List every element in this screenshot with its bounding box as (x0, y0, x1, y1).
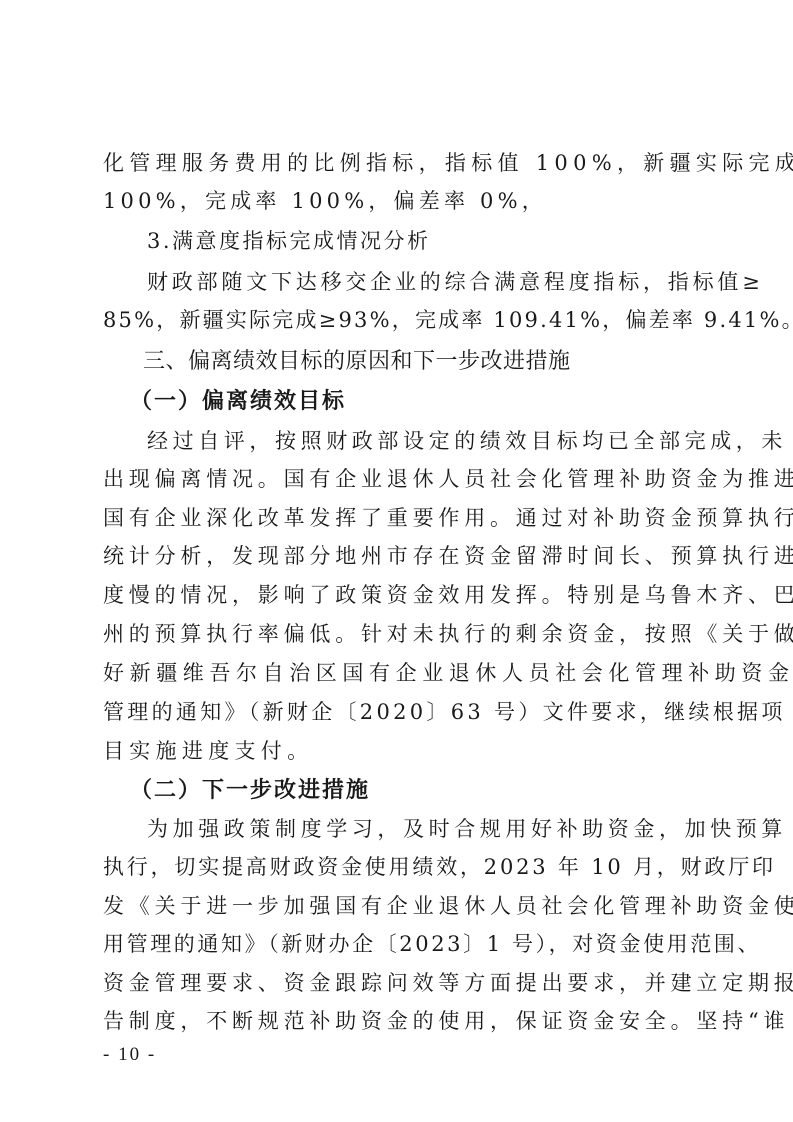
body-line: 85%，新疆实际完成≥93%，完成率 109.41%，偏差率 9.41%。 (103, 305, 693, 335)
body-line: 国有企业深化改革发挥了重要作用。通过对补助资金预算执行 (103, 503, 693, 533)
body-line: 统计分析，发现部分地州市存在资金留滞时间长、预算执行进 (103, 541, 693, 571)
body-line: 管理的通知》（新财企〔2020〕63 号）文件要求，继续根据项 (103, 697, 693, 727)
body-line: 财政部随文下达移交企业的综合满意程度指标，指标值≥ (147, 267, 737, 297)
body-line: 用管理的通知》（新财办企〔2023〕1 号），对资金使用范围、 (103, 929, 693, 959)
subsection-heading-1: （一）偏离绩效目标 (130, 386, 720, 416)
body-line: 经过自评，按照财政部设定的绩效目标均已全部完成，未 (147, 426, 737, 456)
section-heading-3: 三、偏离绩效目标的原因和下一步改进措施 (143, 347, 733, 377)
body-line: 资金管理要求、资金跟踪问效等方面提出要求，并建立定期报 (103, 968, 693, 998)
page-number: - 10 - (103, 1044, 156, 1066)
body-line: 目实施进度支付。 (103, 736, 693, 766)
body-line: 度慢的情况，影响了政策资金效用发挥。特别是乌鲁木齐、巴 (103, 580, 693, 610)
body-line: 化管理服务费用的比例指标，指标值 100%，新疆实际完成 (103, 148, 693, 178)
body-line: 为加强政策制度学习，及时合规用好补助资金，加快预算 (147, 814, 737, 844)
subsection-heading-2: （二）下一步改进措施 (130, 775, 720, 805)
body-line: 发《关于进一步加强国有企业退休人员社会化管理补助资金使 (103, 891, 693, 921)
body-line: 100%，完成率 100%，偏差率 0%， (103, 186, 693, 216)
body-line: 出现偏离情况。国有企业退休人员社会化管理补助资金为推进 (103, 464, 693, 494)
body-line: 州的预算执行率偏低。针对未执行的剩余资金，按照《关于做 (103, 619, 693, 649)
body-line: 好新疆维吾尔自治区国有企业退休人员社会化管理补助资金 (103, 658, 693, 688)
body-line: 告制度，不断规范补助资金的使用，保证资金安全。坚持“谁 (103, 1006, 693, 1036)
document-page: 化管理服务费用的比例指标，指标值 100%，新疆实际完成 100%，完成率 10… (0, 0, 793, 1122)
subheading-satisfaction: 3.满意度指标完成情况分析 (147, 226, 737, 256)
body-line: 执行，切实提高财政资金使用绩效，2023 年 10 月，财政厅印 (103, 852, 693, 882)
